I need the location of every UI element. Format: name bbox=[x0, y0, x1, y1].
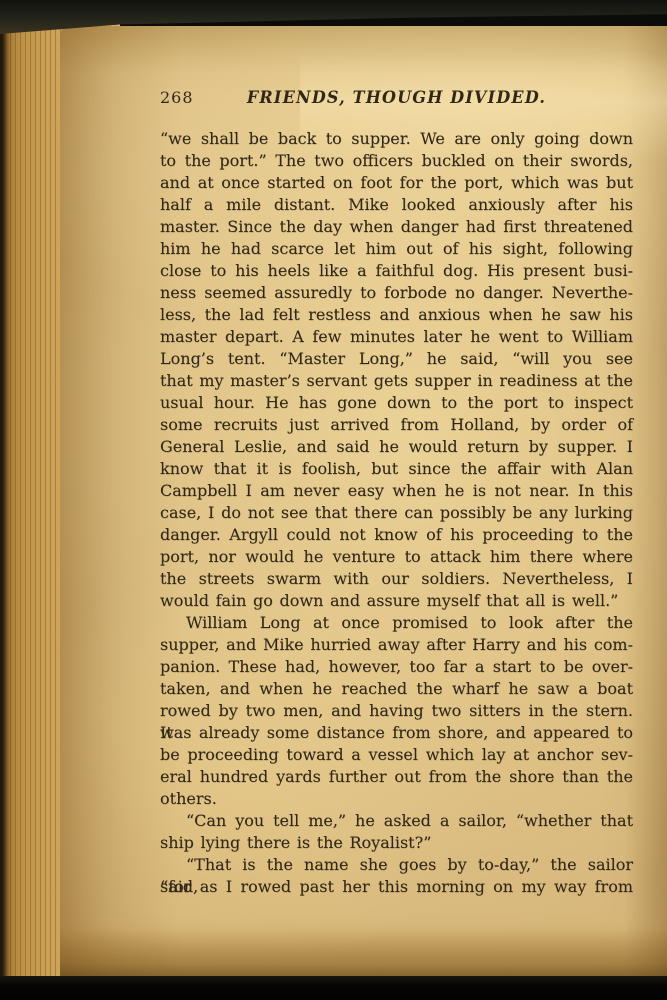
text-line: less, the lad felt restless and anxious … bbox=[160, 304, 633, 326]
text-line: “for as I rowed past her this morning on… bbox=[160, 876, 633, 898]
book-edge-bottom bbox=[0, 976, 667, 1000]
text-line: master depart. A few minutes later he we… bbox=[160, 326, 633, 348]
text-line: usual hour. He has gone down to the port… bbox=[160, 392, 633, 414]
text-line: eral hundred yards further out from the … bbox=[160, 766, 633, 788]
text-line: him he had scarce let him out of his sig… bbox=[160, 238, 633, 260]
text-line: supper, and Mike hurried away after Harr… bbox=[160, 634, 633, 656]
text-line: was already some distance from shore, an… bbox=[160, 722, 633, 744]
text-line: ship lying there is the Royalist?” bbox=[160, 832, 633, 854]
text-line: would fain go down and assure myself tha… bbox=[160, 590, 633, 612]
text-line: taken, and when he reached the wharf he … bbox=[160, 678, 633, 700]
text-line: Campbell I am never easy when he is not … bbox=[160, 480, 633, 502]
running-title: FRIENDS, THOUGH DIVIDED. bbox=[160, 88, 633, 107]
text-line: master. Since the day when danger had fi… bbox=[160, 216, 633, 238]
text-line: some recruits just arrived from Holland,… bbox=[160, 414, 633, 436]
text-line: William Long at once promised to look af… bbox=[160, 612, 633, 634]
text-line: General Leslie, and said he would return… bbox=[160, 436, 633, 458]
text-line: panion. These had, however, too far a st… bbox=[160, 656, 633, 678]
text-line: the streets swarm with our soldiers. Nev… bbox=[160, 568, 633, 590]
text-line: ness seemed assuredly to forbode no dang… bbox=[160, 282, 633, 304]
text-line: “Can you tell me,” he asked a sailor, “w… bbox=[160, 810, 633, 832]
text-line: know that it is foolish, but since the a… bbox=[160, 458, 633, 480]
text-line: rowed by two men, and having two sitters… bbox=[160, 700, 633, 722]
page-text: “we shall be back to supper. We are only… bbox=[160, 128, 633, 898]
text-line: be proceeding toward a vessel which lay … bbox=[160, 744, 633, 766]
text-line: and at once started on foot for the port… bbox=[160, 172, 633, 194]
printed-content: 268 FRIENDS, THOUGH DIVIDED. “we shall b… bbox=[160, 88, 633, 898]
text-line: “we shall be back to supper. We are only… bbox=[160, 128, 633, 150]
book-photo: 268 FRIENDS, THOUGH DIVIDED. “we shall b… bbox=[0, 0, 667, 1000]
text-line: to the port.” The two officers buckled o… bbox=[160, 150, 633, 172]
text-line: others. bbox=[160, 788, 633, 810]
text-line: half a mile distant. Mike looked anxious… bbox=[160, 194, 633, 216]
text-line: danger. Argyll could not know of his pro… bbox=[160, 524, 633, 546]
text-line: that my master’s servant gets supper in … bbox=[160, 370, 633, 392]
page-header: 268 FRIENDS, THOUGH DIVIDED. bbox=[160, 88, 633, 110]
text-line: port, nor would he venture to attack him… bbox=[160, 546, 633, 568]
text-line: close to his heels like a faithful dog. … bbox=[160, 260, 633, 282]
text-line: “That is the name she goes by to-day,” t… bbox=[160, 854, 633, 876]
text-line: Long’s tent. “Master Long,” he said, “wi… bbox=[160, 348, 633, 370]
text-line: case, I do not see that there can possib… bbox=[160, 502, 633, 524]
